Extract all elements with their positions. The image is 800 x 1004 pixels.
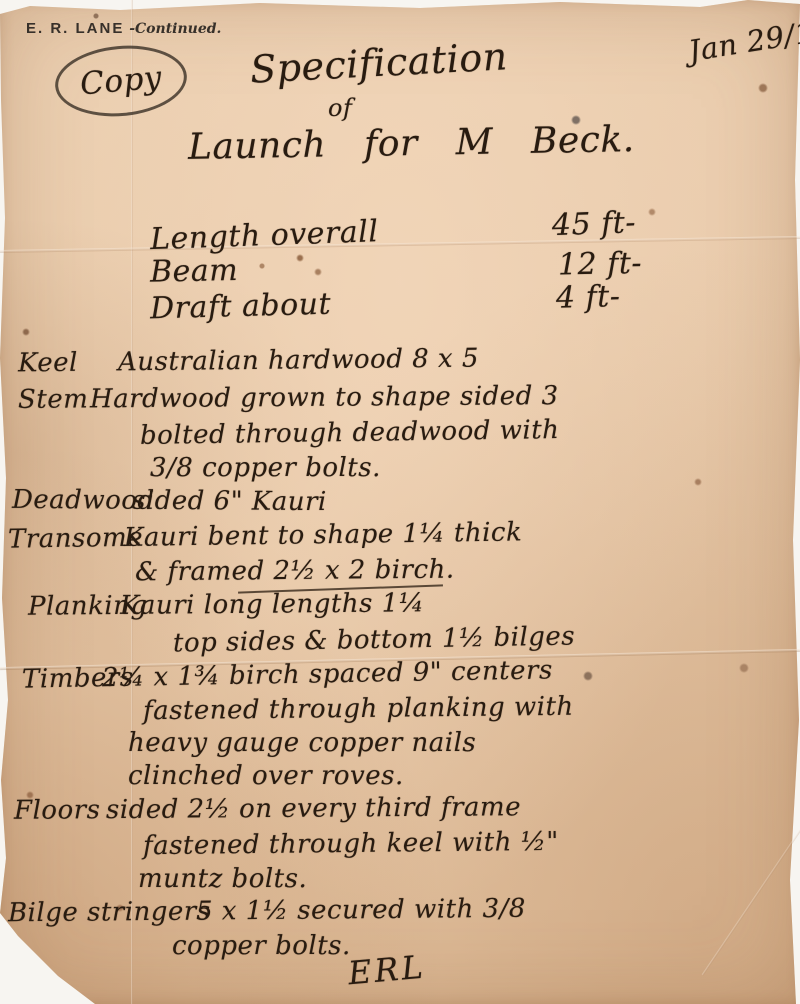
spec-line: top sides & bottom 1½ bilges — [173, 623, 576, 656]
spec-term: Floors — [14, 797, 106, 824]
spec-line-stem: StemHardwood grown to shape sided 3 — [18, 383, 559, 413]
spec-term: Bilge stringers — [8, 899, 196, 927]
spec-line: fastened through planking with — [143, 694, 574, 725]
spec-desc: bolted through deadwood with — [140, 415, 560, 451]
spec-line-transome: TransomeKauri bent to shape 1¼ thick — [8, 519, 523, 552]
copy-stamp-text: Copy — [79, 62, 163, 100]
spec-desc: Australian hardwood 8 x 5 — [118, 344, 479, 378]
dimension-value: 4 ft- — [556, 282, 621, 314]
spec-line: clinched over roves. — [128, 763, 404, 789]
spec-desc: & framed 2½ x 2 birch. — [135, 555, 455, 588]
document-subtitle: Launch for M Beck. — [188, 122, 635, 166]
spec-term: Transome — [8, 525, 124, 553]
spec-line-floors: Floorssided 2½ on every third frame — [14, 794, 521, 824]
spec-term: Timbers — [22, 665, 102, 692]
spec-term: Deadwood — [12, 487, 132, 514]
spec-desc: fastened through planking with — [143, 692, 574, 727]
spec-line: heavy gauge copper nails — [128, 730, 476, 756]
spec-line: fastened through keel with ½" — [143, 829, 559, 859]
title-connector: of — [328, 96, 352, 120]
spec-term: Keel — [18, 349, 118, 376]
spec-desc: Kauri bent to shape 1¼ thick — [124, 517, 523, 553]
spec-desc: Kauri long lengths 1¼ — [120, 588, 425, 621]
printed-author-name: E. R. LANE — [26, 20, 124, 37]
spec-desc: 3/8 copper bolts. — [150, 453, 381, 483]
dimension-label: Draft about — [150, 287, 332, 327]
spec-line: muntz bolts. — [138, 866, 307, 892]
spec-line-keel: KeelAustralian hardwood 8 x 5 — [18, 346, 479, 377]
printed-continued-label: -Continued. — [124, 21, 221, 37]
printed-header: E. R. LANE -Continued. — [26, 18, 221, 37]
signature-initials: ERL — [347, 951, 427, 990]
spec-desc: copper bolts. — [172, 931, 351, 961]
spec-line-bilge-stringers: Bilge stringers5 x 1½ secured with 3/8 — [8, 896, 526, 927]
dimension-value: 45 ft- — [551, 208, 636, 241]
spec-desc: sided 2½ on every third frame — [106, 792, 521, 825]
spec-desc: heavy gauge copper nails — [128, 728, 476, 758]
spec-desc: muntz bolts. — [138, 864, 307, 894]
spec-desc: clinched over roves. — [128, 761, 404, 791]
spec-line: bolted through deadwood with — [140, 417, 560, 449]
dimension-label: Beam — [150, 253, 239, 290]
spec-desc: sided 6" Kauri — [132, 486, 327, 517]
spec-line: copper bolts. — [172, 933, 351, 959]
spec-line: & framed 2½ x 2 birch. — [135, 557, 455, 586]
spec-desc: 5 x 1½ secured with 3/8 — [196, 894, 526, 927]
spec-desc: fastened through keel with ½" — [143, 827, 559, 861]
spec-term: Stem — [18, 386, 90, 413]
spec-line-planking: PlankingKauri long lengths 1¼ — [28, 590, 425, 619]
spec-term: Planking — [28, 593, 120, 620]
spec-desc: Hardwood grown to shape sided 3 — [90, 381, 559, 414]
dimension-value: 12 ft- — [558, 249, 643, 280]
spec-line-deadwood: Deadwoodsided 6" Kauri — [12, 487, 327, 515]
spec-line: 3/8 copper bolts. — [150, 455, 381, 481]
